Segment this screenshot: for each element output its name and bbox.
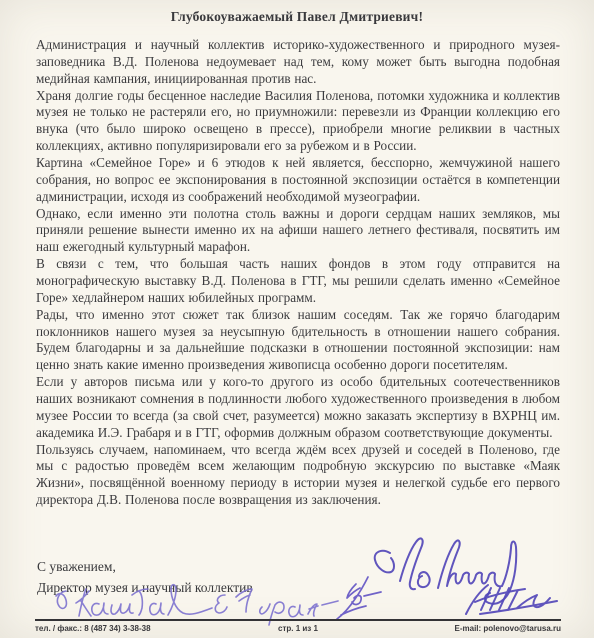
letter-paragraph: Пользуясь случаем, напоминаем, что всегд… xyxy=(36,442,560,509)
footer-phone: тел. / факс.: 8 (487 34) 3-38-38 xyxy=(35,624,221,633)
letter-paragraph: Картина «Семейное Горе» и 6 этюдов к ней… xyxy=(36,155,560,206)
letter-paragraph: Администрация и научный коллектив истори… xyxy=(36,37,560,88)
signature-4-ink xyxy=(375,538,517,603)
closing-block: С уважением, Директор музея и научный ко… xyxy=(37,557,253,598)
salutation: Глубокоуважаемый Павел Дмитриевич! xyxy=(0,0,594,25)
letter-paragraph: Однако, если именно эти полотна столь ва… xyxy=(36,206,560,257)
letter-paragraph: В связи с тем, что большая часть наших ф… xyxy=(36,256,560,307)
closing-signoff: Директор музея и научный коллектив xyxy=(37,578,253,599)
scanned-letter-page: Глубокоуважаемый Павел Дмитриевич! Админ… xyxy=(0,0,594,638)
closing-regards: С уважением, xyxy=(37,557,253,578)
footer-email: E-mail: polenovo@tarusa.ru xyxy=(375,624,561,633)
letter-body: Администрация и научный коллектив истори… xyxy=(36,37,560,509)
footer-page-number: стр. 1 из 1 xyxy=(221,624,376,633)
letter-paragraph: Храня долгие годы бесценное наследие Вас… xyxy=(36,88,560,155)
signature-5-ink xyxy=(466,585,557,614)
letter-paragraph: Рады, что именно этот сюжет так близок н… xyxy=(36,307,560,374)
letter-paragraph: Если у авторов письма или у кого-то друг… xyxy=(36,374,560,441)
page-footer: тел. / факс.: 8 (487 34) 3-38-38 стр. 1 … xyxy=(35,619,561,633)
signature-3-ink xyxy=(337,577,381,619)
